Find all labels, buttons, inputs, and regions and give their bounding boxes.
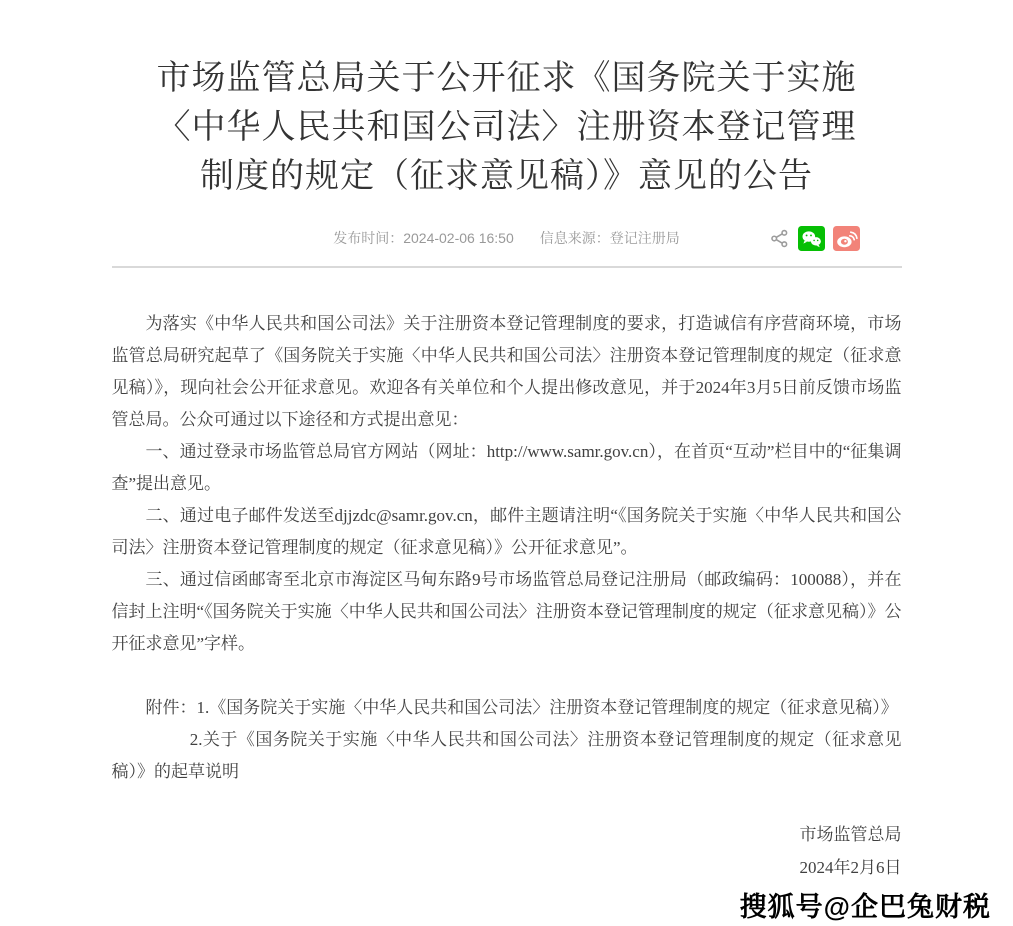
watermark: 搜狐号@企巴兔财税: [740, 885, 991, 924]
announcement-article: 市场监管总局关于公开征求《国务院关于实施 〈中华人民共和国公司法〉注册资本登记管…: [112, 0, 902, 884]
attachment-item-1: 附件：1.《国务院关于实施〈中华人民共和国公司法〉注册资本登记管理制度的规定（征…: [112, 692, 902, 724]
paragraph-channel-email: 二、通过电子邮件发送至djjzdc@samr.gov.cn，邮件主题请注明“《国…: [112, 500, 902, 564]
announcement-body: 为落实《中华人民共和国公司法》关于注册资本登记管理制度的要求，打造诚信有序营商环…: [112, 308, 902, 884]
divider: [112, 266, 902, 268]
paragraph-intro: 为落实《中华人民共和国公司法》关于注册资本登记管理制度的要求，打造诚信有序营商环…: [112, 308, 902, 436]
weibo-icon[interactable]: [833, 226, 860, 251]
share-icon[interactable]: [769, 228, 790, 249]
attachments-section: 附件：1.《国务院关于实施〈中华人民共和国公司法〉注册资本登记管理制度的规定（征…: [112, 692, 902, 788]
page-title-line-1: 市场监管总局关于公开征求《国务院关于实施: [112, 54, 902, 103]
meta-bar: 发布时间：2024-02-06 16:50信息来源：登记注册局: [112, 223, 902, 253]
signature-date: 2024年2月6日: [112, 851, 902, 884]
paragraph-channel-mail: 三、通过信函邮寄至北京市海淀区马甸东路9号市场监管总局登记注册局（邮政编码：10…: [112, 564, 902, 660]
publish-time-value: 2024-02-06 16:50: [403, 230, 514, 246]
wechat-icon[interactable]: [798, 226, 825, 251]
page-title-line-3: 制度的规定（征求意见稿）》意见的公告: [112, 152, 902, 201]
signature-agency: 市场监管总局: [112, 818, 902, 851]
source-label: 信息来源：: [540, 230, 610, 246]
publish-time-label: 发布时间：: [333, 230, 403, 246]
attachment-item-2: 2.关于《国务院关于实施〈中华人民共和国公司法〉注册资本登记管理制度的规定（征求…: [112, 724, 902, 788]
source-value: 登记注册局: [610, 230, 680, 246]
paragraph-channel-website: 一、通过登录市场监管总局官方网站（网址：http://www.samr.gov.…: [112, 436, 902, 500]
page-title: 市场监管总局关于公开征求《国务院关于实施 〈中华人民共和国公司法〉注册资本登记管…: [112, 54, 902, 201]
signature-block: 市场监管总局 2024年2月6日: [112, 818, 902, 884]
page-title-line-2: 〈中华人民共和国公司法〉注册资本登记管理: [112, 103, 902, 152]
share-bar: [769, 225, 860, 251]
